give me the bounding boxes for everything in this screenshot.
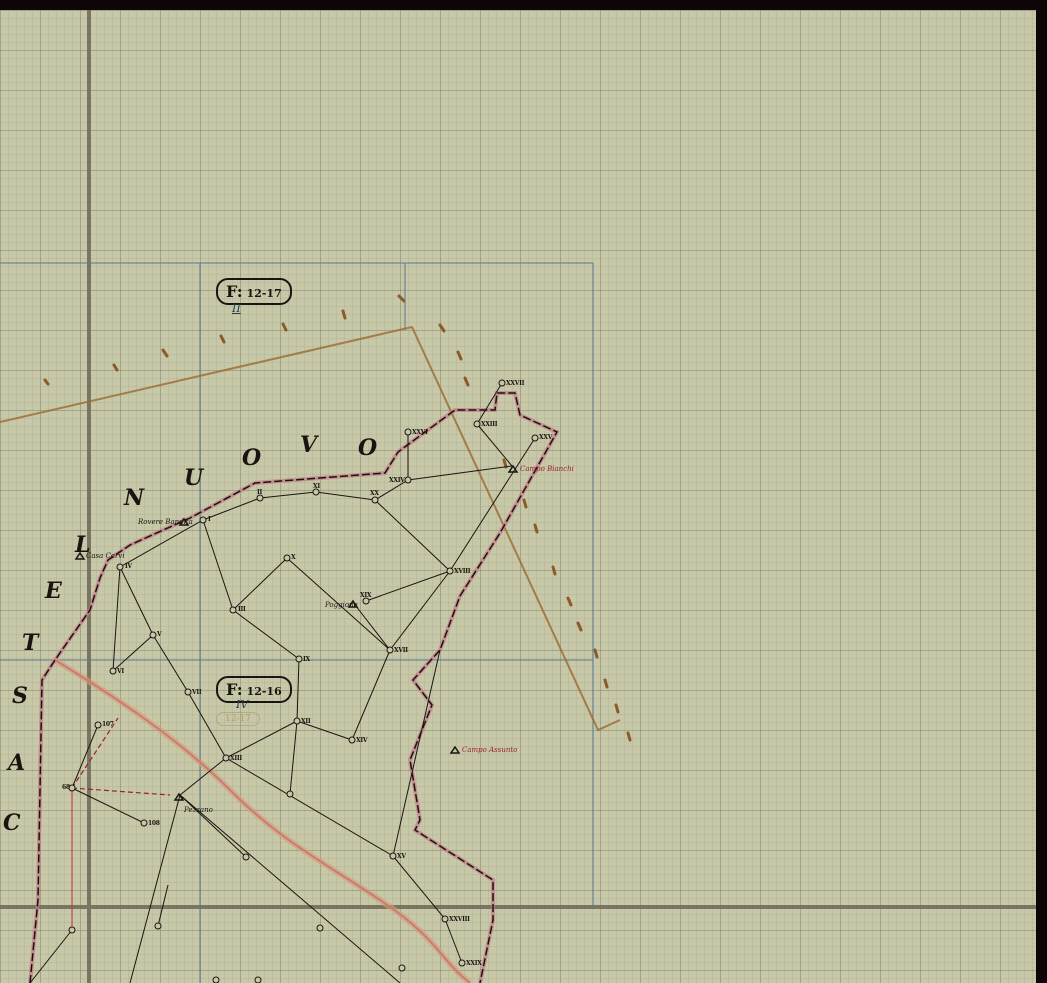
station-label: III <box>238 606 246 613</box>
map-viewport[interactable]: F: 12-17 II F: 12-16 IV 12-17 L N U O V … <box>0 0 1047 983</box>
commune-boundary <box>30 393 557 983</box>
place-casa-cervi: Casa Cervi <box>86 552 125 560</box>
station-label: XI <box>313 483 320 490</box>
station-label: XVIII <box>454 568 470 575</box>
sheet-prefix: F: <box>226 680 243 699</box>
station-label: XXIX <box>466 960 482 967</box>
region-letter: N <box>124 485 144 511</box>
place-campo-assunto: Campo Assunto <box>462 746 517 754</box>
station-label: VI <box>117 668 124 675</box>
station-markers <box>69 380 538 983</box>
station-label: XIX <box>360 592 371 599</box>
station-label: XXVI <box>412 429 428 436</box>
place-pezzano: Pezzano <box>184 806 213 814</box>
ghost-sheet-label: 12-17 <box>216 712 260 726</box>
region-letter: O <box>358 435 377 461</box>
region-letter: A <box>8 750 25 776</box>
station-label: XIV <box>356 737 367 744</box>
map-drawing <box>0 0 1047 983</box>
sheet-code: 12-16 <box>247 685 282 698</box>
station-label: XXVII <box>506 380 524 387</box>
station-label: VII <box>192 689 201 696</box>
trig-points <box>76 466 517 800</box>
station-label: IV <box>125 563 132 570</box>
station-label: XX <box>370 490 379 497</box>
station-label: XXV <box>539 434 552 441</box>
station-label: XII <box>301 718 310 725</box>
sheet-prefix: F: <box>226 282 243 301</box>
station-label: IX <box>303 656 310 663</box>
river <box>55 660 470 983</box>
region-letter: C <box>3 810 21 836</box>
sheet-label-12-16: F: 12-16 <box>216 676 292 703</box>
sheet-roman-12-16: IV <box>236 698 248 711</box>
station-label: X <box>291 554 295 561</box>
station-label: XIII <box>230 755 242 762</box>
station-label: 68 <box>62 784 70 791</box>
station-label: 108 <box>148 820 160 827</box>
sheet-label-12-17: F: 12-17 <box>216 278 292 305</box>
place-campo-bianchi: Campo Bianchi <box>520 465 574 473</box>
sheet-roman-12-17: II <box>232 302 241 315</box>
region-letter: U <box>184 465 203 491</box>
station-label: XXIII <box>481 421 497 428</box>
station-label: I <box>208 516 211 523</box>
fold-lines <box>0 10 1036 983</box>
station-label: 107 <box>102 721 114 728</box>
sheet-code: 12-17 <box>247 287 282 300</box>
station-label: XV <box>397 853 406 860</box>
hatch-marks <box>45 296 630 740</box>
station-label: V <box>157 631 161 638</box>
region-letter: E <box>45 578 62 604</box>
station-label: XVII <box>394 647 408 654</box>
station-label: XXIV <box>389 477 405 484</box>
survey-brown-lines <box>0 327 620 730</box>
region-letter: O <box>242 445 261 471</box>
place-rovere-bandita: Rovere Bandita <box>138 518 193 526</box>
region-letter: V <box>300 432 317 458</box>
station-label: II <box>257 489 262 496</box>
region-letter: T <box>22 630 38 656</box>
place-poggione: Poggione <box>325 601 358 609</box>
region-letter: S <box>12 683 28 709</box>
station-label: XXVIII <box>449 916 470 923</box>
